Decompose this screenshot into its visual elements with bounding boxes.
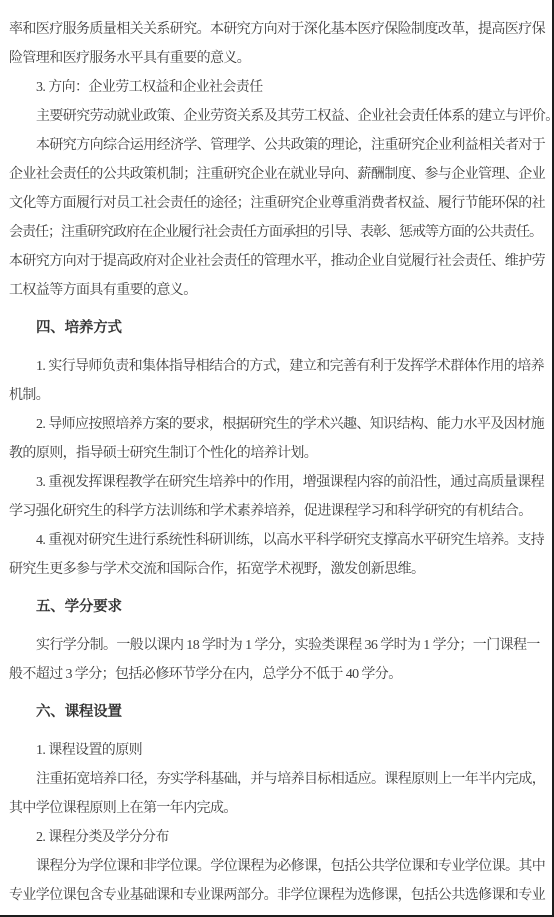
text-line: 会责任；注重研究政府在企业履行社会责任方面承担的引导、表彰、惩戒等方面的公共责任… [9,218,547,247]
text-line: 3. 重视发挥课程教学在研究生培养中的作用，增强课程内容的前沿性，通过高质量课程 [9,468,547,497]
text-line: 2. 课程分类及学分分布 [9,823,547,852]
text-line: 本研究方向综合运用经济学、管理学、公共政策的理论，注重研究企业利益相关者对于 [9,131,547,160]
text-line: 注重拓宽培养口径，夯实学科基础，并与培养目标相适应。课程原则上一年半内完成， [9,765,547,794]
text-line: 机制。 [9,381,547,410]
text-line: 4. 重视对研究生进行系统性科研训练，以高水平科学研究支撑高水平研究生培养。支持 [9,526,547,555]
text-line: 险管理和医疗服务水平具有重要的意义。 [9,44,547,73]
section-heading: 四、培养方式 [9,314,547,343]
text-line: 1. 实行导师负责和集体指导相结合的方式，建立和完善有利于发挥学术群体作用的培养 [9,352,547,381]
text-line: 课程分为学位课和非学位课。学位课程为必修课，包括公共学位课和专业学位课。其中 [9,852,547,881]
text-line: 研究生更多参与学术交流和国际合作，拓宽学术视野，激发创新思维。 [9,555,547,584]
text-line: 主要研究劳动就业政策、企业劳资关系及其劳工权益、企业社会责任体系的建立与评价。 [9,102,547,131]
text-line: 专业学位课包含专业基础课和专业课两部分。非学位课程为选修课，包括公共选修课和专业 [9,881,547,910]
text-line: 1. 课程设置的原则 [9,736,547,765]
text-line: 本研究方向对于提高政府对企业社会责任的管理水平，推动企业自觉履行社会责任、维护劳 [9,247,547,276]
text-line: 2. 导师应按照培养方案的要求，根据研究生的学术兴趣、知识结构、能力水平及因材施 [9,410,547,439]
document-page: 率和医疗服务质量相关关系研究。本研究方向对于深化基本医疗保险制度改革，提高医疗保… [0,0,554,917]
text-line: 学习强化研究生的科学方法训练和学术素养培养，促进课程学习和科学研究的有机结合。 [9,497,547,526]
text-line: 工权益等方面具有重要的意义。 [9,276,547,305]
text-line: 实行学分制。一般以课内 18 学时为 1 学分，实验类课程 36 学时为 1 学… [9,631,547,660]
text-line: 般不超过 3 学分；包括必修环节学分在内，总学分不低于 40 学分。 [9,660,547,689]
text-line: 3. 方向：企业劳工权益和企业社会责任 [9,73,547,102]
text-line: 文化等方面履行对员工社会责任的途径；注重研究企业尊重消费者权益、履行节能环保的社 [9,189,547,218]
text-line: 教的原则，指导硕士研究生制订个性化的培养计划。 [9,439,547,468]
text-line: 率和医疗服务质量相关关系研究。本研究方向对于深化基本医疗保险制度改革，提高医疗保 [9,15,547,44]
section-heading: 五、学分要求 [9,593,547,622]
section-heading: 六、课程设置 [9,698,547,727]
text-line: 其中学位课程原则上在第一年内完成。 [9,794,547,823]
text-line: 企业社会责任的公共政策机制；注重研究企业在就业导向、薪酬制度、参与企业管理、企业 [9,160,547,189]
